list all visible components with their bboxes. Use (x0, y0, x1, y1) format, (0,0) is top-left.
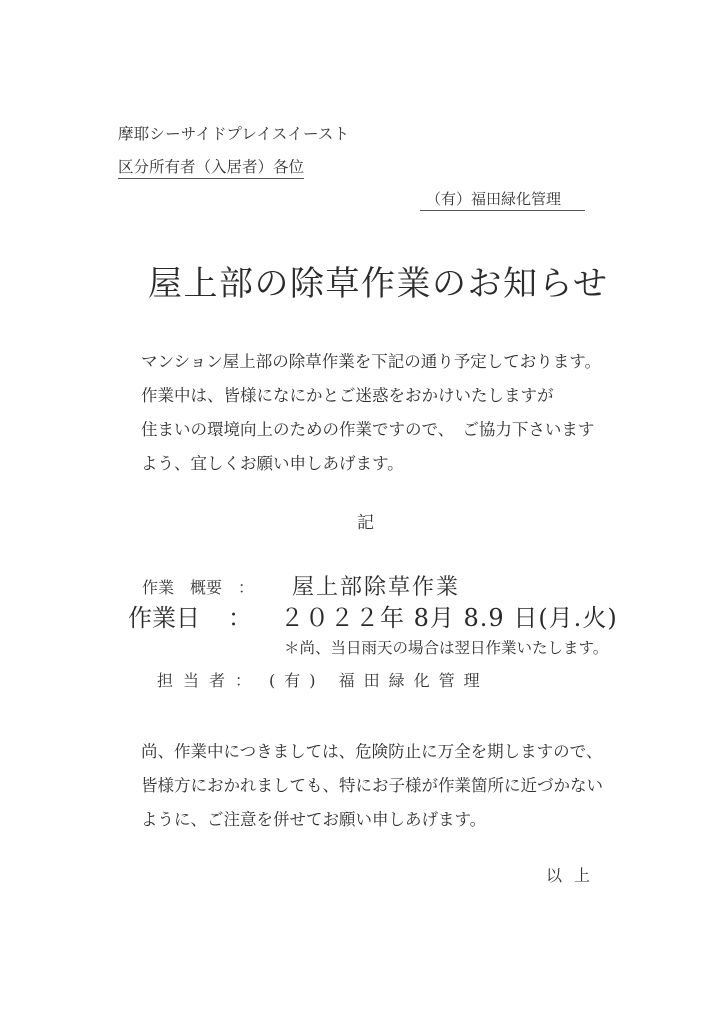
document-title: 屋上部の除草作業のお知らせ (148, 256, 608, 305)
closing-line: ように、ご注意を併せてお願い申しあげます。 (141, 803, 603, 837)
intro-line: 作業中は、皆様になにかとご迷惑をおかけいたしますが (141, 379, 601, 413)
work-date-value: ２０２２年 8月 8.9 日(月.火) (280, 604, 618, 632)
intro-line: マンション屋上部の除草作業を下記の通り予定しております。 (141, 345, 601, 379)
work-overview-label: 作業 概要 ： (142, 575, 292, 598)
intro-paragraph: マンション屋上部の除草作業を下記の通り予定しております。 作業中は、皆様になにか… (141, 345, 601, 481)
addressee-recipients: 区分所有者（入居者）各位 (118, 155, 304, 179)
sender-company: （有）福田緑化管理 (420, 188, 585, 211)
closing-line: 尚、作業中につきましては、危険防止に万全を期しますので、 (141, 735, 603, 769)
person-in-charge-label: 担当者： (157, 668, 269, 691)
addressee-building: 摩耶シーサイドプレイスイースト (118, 122, 349, 144)
person-in-charge-row: 担当者：(有) 福田緑化管理 (157, 668, 489, 691)
work-overview-value: 屋上部除草作業 (292, 575, 460, 600)
work-date-label: 作業日 (128, 598, 228, 633)
work-date-colon: ： (228, 598, 280, 633)
work-date-row: 作業日：２０２２年 8月 8.9 日(月.火) (128, 598, 618, 633)
intro-line: 住まいの環境向上のための作業ですので、 ご協力下さいます (141, 413, 601, 447)
end-mark: 以上 (546, 863, 602, 886)
closing-paragraph: 尚、作業中につきましては、危険防止に万全を期しますので、 皆様方におかれましても… (141, 735, 603, 837)
work-overview-row: 作業 概要 ：屋上部除草作業 (142, 569, 460, 600)
rain-note: ＊尚、当日雨天の場合は翌日作業いたします。 (284, 636, 608, 658)
ki-heading: 記 (357, 508, 374, 533)
person-in-charge-value: (有) 福田緑化管理 (269, 671, 489, 690)
intro-line: よう、宜しくお願い申しあげます。 (141, 447, 601, 481)
closing-line: 皆様方におかれましても、特にお子様が作業箇所に近づかない (141, 769, 603, 803)
